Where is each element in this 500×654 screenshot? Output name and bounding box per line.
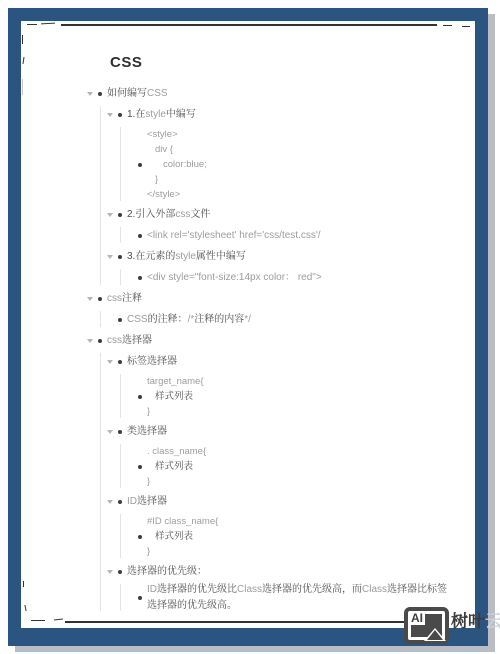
code-node-row[interactable]: target_name{样式列表} xyxy=(127,372,475,421)
node-label: CSS的注释：/*注释的内容*/ xyxy=(127,312,251,328)
bullet-icon xyxy=(117,309,127,330)
outline-node: <link rel='stylesheet' href='css/test.cs… xyxy=(127,225,475,246)
node-label: 标签选择器 xyxy=(127,354,177,370)
code-line: 样式列表 xyxy=(147,459,206,474)
label-segment: 标签选择器 xyxy=(127,356,177,367)
label-segment: 文件 xyxy=(190,209,210,220)
topic-node-row[interactable]: ID选择器 xyxy=(107,491,475,512)
code-line: </style> xyxy=(147,187,207,202)
topic-node-row[interactable]: 选择器的优先级： xyxy=(107,561,475,582)
topic-node-row[interactable]: 3.在元素的style属性中编写 xyxy=(107,246,475,267)
label-segment: 属性中编写 xyxy=(196,251,246,262)
label-segment: 选择器的优先级： xyxy=(127,566,207,577)
node-children: #ID class_name{样式列表} xyxy=(127,512,475,561)
outline-node: 标签选择器target_name{样式列表} xyxy=(107,351,475,421)
node-label: <div style="font-size:14px color： red"> xyxy=(147,270,322,286)
label-segment: 注释的内容 xyxy=(194,314,244,325)
node-label: <link rel='stylesheet' href='css/test.cs… xyxy=(147,228,321,244)
code-line: } xyxy=(147,474,206,489)
bullet-icon xyxy=(137,512,147,561)
label-segment: ID xyxy=(127,496,137,507)
bullet-icon xyxy=(137,267,147,288)
label-segment: 选择器的优先级高，而 xyxy=(262,584,362,595)
topic-node-row[interactable]: CSS的注释：/*注释的内容*/ xyxy=(107,309,475,330)
node-label: 类选择器 xyxy=(127,424,167,440)
outline-node: ID选择器#ID class_name{样式列表} xyxy=(107,491,475,561)
scan-artifact-line xyxy=(54,619,63,621)
topic-node-row[interactable]: <div style="font-size:14px color： red"> xyxy=(127,267,475,288)
node-label: 3.在元素的style属性中编写 xyxy=(127,249,246,265)
topic-node-row[interactable]: 类选择器 xyxy=(107,421,475,442)
label-segment: 的注释： xyxy=(148,314,188,325)
topic-node-row[interactable]: 2.引入外部css文件 xyxy=(107,204,475,225)
outline-node: css选择器标签选择器target_name{样式列表}类选择器. class_… xyxy=(87,330,475,614)
node-label: css注释 xyxy=(107,291,142,307)
code-block: #ID class_name{样式列表} xyxy=(147,512,218,561)
watermark-ai-icon: AI xyxy=(404,607,449,644)
label-segment: 3.在元素的 xyxy=(127,251,175,262)
label-segment: css xyxy=(175,209,190,220)
code-line: . class_name{ xyxy=(147,444,206,459)
label-segment: css xyxy=(107,335,122,346)
brand-text-tail: 云 xyxy=(485,612,500,631)
bullet-icon xyxy=(117,561,127,582)
topic-node-row[interactable]: 如何编写CSS xyxy=(87,83,475,104)
label-segment: 类选择器 xyxy=(127,426,167,437)
bullet-icon xyxy=(117,204,127,225)
collapse-arrow-icon[interactable] xyxy=(107,500,117,504)
label-segment: Class xyxy=(237,584,262,595)
code-line: target_name{ xyxy=(147,374,204,389)
code-line: 样式列表 xyxy=(147,529,218,544)
outline-node: 3.在元素的style属性中编写<div style="font-size:14… xyxy=(107,246,475,288)
collapse-arrow-icon[interactable] xyxy=(87,297,97,301)
node-label: 选择器的优先级： xyxy=(127,564,207,580)
bullet-icon xyxy=(117,351,127,372)
bullet-icon xyxy=(137,582,147,614)
bullet-icon xyxy=(97,288,107,309)
bullet-icon xyxy=(97,330,107,351)
code-line: } xyxy=(147,544,218,559)
outline-node: 2.引入外部css文件<link rel='stylesheet' href='… xyxy=(107,204,475,246)
node-children: target_name{样式列表} xyxy=(127,372,475,421)
code-line: 样式列表 xyxy=(147,389,204,404)
topic-node-row[interactable]: 标签选择器 xyxy=(107,351,475,372)
collapse-arrow-icon[interactable] xyxy=(107,113,117,117)
bullet-icon xyxy=(117,421,127,442)
code-line: color:blue; xyxy=(147,157,207,172)
code-line: } xyxy=(147,404,204,419)
outline-node: . class_name{样式列表} xyxy=(127,442,475,491)
node-label: css选择器 xyxy=(107,333,152,349)
label-segment: css xyxy=(107,293,122,304)
outline-node: CSS的注释：/*注释的内容*/ xyxy=(107,309,475,330)
brand-text-main: 树叶 xyxy=(451,612,485,631)
outline-node: css注释CSS的注释：/*注释的内容*/ xyxy=(87,288,475,330)
bullet-icon xyxy=(117,104,127,125)
label-segment: */ xyxy=(244,314,251,325)
code-node-row[interactable]: #ID class_name{样式列表} xyxy=(127,512,475,561)
outline-node: 如何编写CSS1.在style中编写<style>div {color:blue… xyxy=(87,83,475,288)
label-segment: 选择器的优先级比 xyxy=(157,584,237,595)
topic-node-row[interactable]: css选择器 xyxy=(87,330,475,351)
watermark-brand-text: 树叶云 xyxy=(451,612,500,632)
node-children: <style>div {color:blue;}</style> xyxy=(127,125,475,204)
node-children: <link rel='stylesheet' href='css/test.cs… xyxy=(127,225,475,246)
code-block: target_name{样式列表} xyxy=(147,372,204,421)
node-children: 标签选择器target_name{样式列表}类选择器. class_name{样… xyxy=(107,351,475,614)
code-line: <style> xyxy=(147,127,207,142)
topic-node-row[interactable]: <link rel='stylesheet' href='css/test.cs… xyxy=(127,225,475,246)
label-segment: CSS xyxy=(127,314,148,325)
outline-node: target_name{样式列表} xyxy=(127,372,475,421)
outline-node: <style>div {color:blue;}</style> xyxy=(127,125,475,204)
collapse-arrow-icon[interactable] xyxy=(87,339,97,343)
outline-node: 类选择器. class_name{样式列表} xyxy=(107,421,475,491)
bullet-icon xyxy=(97,83,107,104)
code-line: } xyxy=(147,172,207,187)
document-page: CSS 如何编写CSS1.在style中编写<style>div {color:… xyxy=(21,21,475,628)
node-label: 1.在style中编写 xyxy=(127,107,196,123)
bullet-icon xyxy=(137,372,147,421)
collapse-arrow-icon[interactable] xyxy=(107,213,117,217)
node-children: CSS的注释：/*注释的内容*/ xyxy=(107,309,475,330)
label-segment: <link rel='stylesheet' href='css/test.cs… xyxy=(147,230,321,241)
bullet-icon xyxy=(137,125,147,204)
page-title: CSS xyxy=(110,54,475,71)
collapse-arrow-icon[interactable] xyxy=(87,92,97,96)
scan-artifact-line xyxy=(31,620,45,621)
outline-node: 1.在style中编写<style>div {color:blue;}</sty… xyxy=(107,104,475,204)
bullet-icon xyxy=(137,225,147,246)
mountain-icon xyxy=(427,630,443,640)
bullet-icon xyxy=(117,491,127,512)
scan-artifact-bottom-line xyxy=(65,621,405,623)
node-children: <div style="font-size:14px color： red"> xyxy=(127,267,475,288)
bullet-icon xyxy=(117,246,127,267)
code-block: <style>div {color:blue;}</style> xyxy=(147,125,207,204)
code-block: . class_name{样式列表} xyxy=(147,442,206,491)
label-segment: 1.在 xyxy=(127,109,145,120)
label-segment: Class xyxy=(362,584,387,595)
node-children: 1.在style中编写<style>div {color:blue;}</sty… xyxy=(107,104,475,288)
collapse-arrow-icon[interactable] xyxy=(107,360,117,364)
photo-border-frame: CSS 如何编写CSS1.在style中编写<style>div {color:… xyxy=(8,8,488,646)
label-segment: <div style="font-size:14px color： red"> xyxy=(147,272,322,283)
code-line: div { xyxy=(147,142,207,157)
screenshot-stage: CSS 如何编写CSS1.在style中编写<style>div {color:… xyxy=(0,0,500,654)
bullet-icon xyxy=(137,442,147,491)
node-label: ID选择器 xyxy=(127,494,167,510)
label-segment: 如何编写 xyxy=(107,88,147,99)
label-segment: 选择器 xyxy=(122,335,152,346)
label-segment: ID xyxy=(147,584,157,595)
label-segment: style xyxy=(175,251,196,262)
label-segment: CSS xyxy=(147,88,168,99)
code-node-row[interactable]: . class_name{样式列表} xyxy=(127,442,475,491)
collapse-arrow-icon[interactable] xyxy=(107,255,117,259)
node-label: 如何编写CSS xyxy=(107,86,168,102)
topic-node-row[interactable]: 1.在style中编写 xyxy=(107,104,475,125)
label-segment: style xyxy=(145,109,166,120)
label-segment: 注释 xyxy=(122,293,142,304)
code-line: #ID class_name{ xyxy=(147,514,218,529)
label-segment: 2.引入外部 xyxy=(127,209,175,220)
code-node-row[interactable]: <style>div {color:blue;}</style> xyxy=(127,125,475,204)
outline-tree: 如何编写CSS1.在style中编写<style>div {color:blue… xyxy=(87,83,475,614)
node-label: 2.引入外部css文件 xyxy=(127,207,210,223)
label-segment: 中编写 xyxy=(166,109,196,120)
collapse-arrow-icon[interactable] xyxy=(107,430,117,434)
ai-label: AI xyxy=(409,611,425,625)
label-segment: 选择器 xyxy=(137,496,167,507)
outline-node: #ID class_name{样式列表} xyxy=(127,512,475,561)
topic-node-row[interactable]: css注释 xyxy=(87,288,475,309)
node-children: . class_name{样式列表} xyxy=(127,442,475,491)
outline-node: <div style="font-size:14px color： red"> xyxy=(127,267,475,288)
mindmap-content: CSS 如何编写CSS1.在style中编写<style>div {color:… xyxy=(21,21,475,614)
collapse-arrow-icon[interactable] xyxy=(107,570,117,574)
